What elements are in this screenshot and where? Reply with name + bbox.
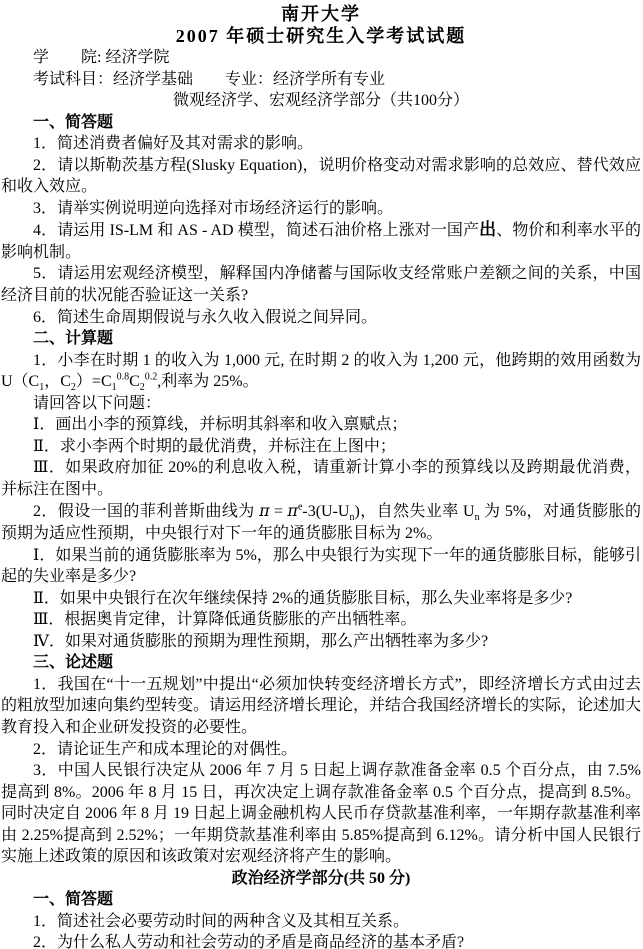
part1-short-answer-q2: 2．请以斯勒茨基方程(Slusky Equation)，说明价格变动对需求影响的…	[1, 155, 641, 198]
university-name: 南开大学	[1, 3, 641, 25]
exam-paper: 南开大学 2007 年硕士研究生入学考试试题 学 院: 经济学院 考试科目：经济…	[0, 0, 643, 949]
part1-heading: 微观经济学、宏观经济学部分（共100分）	[1, 90, 641, 112]
part1-short-answer-q5: 5．请运用宏观经济模型，解释国内净储蓄与国际收支经常账户差额之间的关系，中国经济…	[1, 263, 641, 306]
part2-short-answer-q2: 2．为什么私人劳动和社会劳动的矛盾是商品经济的基本矛盾?	[1, 932, 641, 949]
part1-calculation-q1-sub1: Ⅰ．画出小李的预算线，并标明其斜率和收入禀赋点；	[1, 414, 641, 436]
part1-calculation-q1: 1．小李在时期 1 的收入为 1,000 元, 在时期 2 的收入为 1,200…	[1, 350, 641, 393]
part1-calculation-q2: 2．假设一国的菲利普斯曲线为 π = πe-3(U-Un)，自然失业率 Un 为…	[1, 500, 641, 544]
part1-calculation-q1-sub3: Ⅲ．如果政府加征 20%的利息收入税，请重新计算小李的预算线以及跨期最优消费，并…	[1, 457, 641, 500]
part1-short-answer-q3: 3．请举实例说明逆向选择对市场经济运行的影响。	[1, 198, 641, 220]
part1-short-answer-q6: 6．简述生命周期假说与永久收入假说之间异同。	[1, 307, 641, 329]
part1-calculation-q2-sub2: Ⅱ．如果中央银行在次年继续保持 2%的通货膨胀目标，那么失业率将是多少?	[1, 588, 641, 610]
part1-essay-q2: 2．请论证生产和成本理论的对偶性。	[1, 739, 641, 761]
part1-short-answer-heading: 一、简答题	[1, 112, 641, 134]
part1-short-answer-q4: 4．请运用 IS-LM 和 AS - AD 模型，简述石油价格上涨对一国产出、物…	[1, 219, 641, 263]
part1-calculation-q2-sub1: Ⅰ．如果当前的通货膨胀率为 5%，那么中央银行为实现下一年的通货膨胀目标，能够引…	[1, 545, 641, 588]
part1-calculation-q2-sub4: Ⅳ．如果对通货膨胀的预期为理性预期，那么产出牺牲率为多少?	[1, 631, 641, 653]
exam-title: 2007 年硕士研究生入学考试试题	[1, 25, 641, 47]
subject-line: 考试科目：经济学基础 专业：经济学所有专业	[1, 69, 641, 91]
part1-essay-q1: 1．我国在“十一五规划”中提出“必须加快转变经济增长方式”，即经济增长方式由过去…	[1, 674, 641, 739]
part1-calculation-heading: 二、计算题	[1, 328, 641, 350]
part1-short-answer-q1: 1．简述消费者偏好及其对需求的影响。	[1, 133, 641, 155]
part1-calculation-q2-sub3: Ⅲ．根据奥肯定律，计算降低通货膨胀的产出牺牲率。	[1, 609, 641, 631]
part1-calculation-q1-sub2: Ⅱ．求小李两个时期的最优消费，并标注在上图中；	[1, 436, 641, 458]
part2-short-answer-heading: 一、简答题	[1, 889, 641, 911]
school-line: 学 院: 经济学院	[1, 47, 641, 69]
part2-heading: 政治经济学部分(共 50 分)	[1, 868, 641, 890]
part1-essay-q3: 3．中国人民银行决定从 2006 年 7 月 5 日起上调存款准备金率 0.5 …	[1, 760, 641, 868]
part1-essay-heading: 三、论述题	[1, 652, 641, 674]
part1-calculation-q1-prompt: 请回答以下问题：	[1, 393, 641, 415]
part2-short-answer-q1: 1．简述社会必要劳动时间的两种含义及其相互关系。	[1, 911, 641, 933]
